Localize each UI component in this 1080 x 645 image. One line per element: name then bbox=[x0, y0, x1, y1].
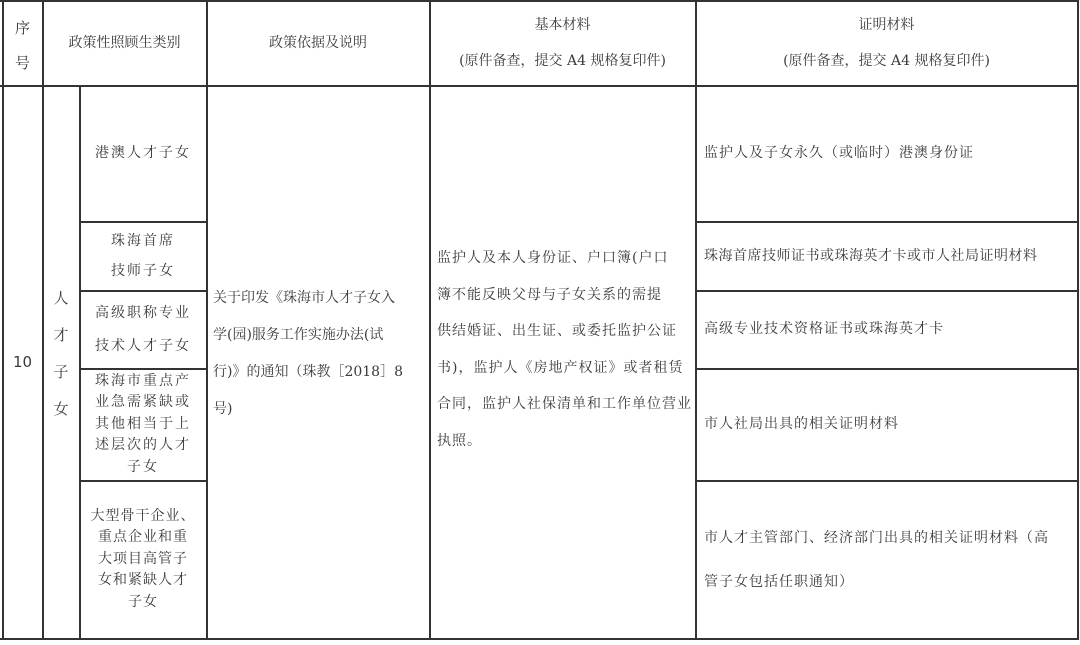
basic-materials: 监护人及本人身份证、户口簿(户口 簿不能反映父母与子女关系的需提 供结婚证、出生… bbox=[437, 240, 693, 450]
subcategory-key-industry: 珠海市重点产 业急需紧缺或 其他相当于上 述层次的人才 子女 bbox=[80, 369, 206, 480]
header-seq-char: 号 bbox=[15, 48, 30, 78]
col-divider-policy bbox=[429, 0, 431, 640]
basic-materials-line: 执照。 bbox=[437, 423, 482, 460]
subcategory-label-line: 子女 bbox=[128, 592, 158, 614]
subcategory-enterprise-executives: 大型骨干企业、 重点企业和重 大项目高管子 女和紧缺人才 子女 bbox=[80, 481, 206, 638]
subcategory-label-line: 港澳人才子女 bbox=[95, 144, 191, 163]
header-proof-subtitle: (原件备查，提交 A4 规格复印件) bbox=[783, 43, 990, 79]
group-char: 子 bbox=[53, 354, 68, 391]
proof-senior-professional: 高级专业技术资格证书或珠海英才卡 bbox=[704, 291, 1074, 368]
subcategory-senior-professional: 高级职称专业 技术人才子女 bbox=[80, 291, 206, 368]
header-category-label: 政策性照顾生类别 bbox=[69, 25, 181, 61]
policy-basis: 关于印发《珠海市人才子女入 学(园)服务工作实施办法(试 行)》的通知（珠教［2… bbox=[213, 280, 427, 420]
proof-enterprise-executives: 市人才主管部门、经济部门出具的相关证明材料（高 管子女包括任职通知） bbox=[704, 481, 1074, 638]
proof-line: 珠海首席技师证书或珠海英才卡或市人社局证明材料 bbox=[704, 247, 1038, 266]
header-policy-label: 政策依据及说明 bbox=[269, 25, 367, 61]
basic-materials-line: 供结婚证、出生证、或委托监护公证 bbox=[437, 313, 677, 350]
subcategory-label-line: 珠海市重点产 bbox=[95, 371, 191, 393]
header-basic-subtitle: (原件备查，提交 A4 规格复印件) bbox=[459, 43, 666, 79]
header-basic-title: 基本材料 bbox=[535, 7, 591, 43]
subcategory-label-line: 高级职称专业 bbox=[95, 297, 191, 330]
subcategory-label-line: 珠海首席 bbox=[111, 226, 175, 256]
table-border-right bbox=[1077, 0, 1079, 640]
proof-line: 监护人及子女永久（或临时）港澳身份证 bbox=[704, 144, 974, 163]
table-border-bottom bbox=[0, 638, 1079, 640]
col-divider-basic bbox=[695, 0, 697, 640]
policy-line: 行)》的通知（珠教［2018］8 bbox=[213, 354, 403, 391]
group-char: 女 bbox=[53, 391, 68, 428]
col-divider-category bbox=[206, 0, 208, 640]
subcategory-label-line: 其他相当于上 bbox=[95, 414, 191, 436]
basic-materials-line: 簿不能反映父母与子女关系的需提 bbox=[437, 277, 662, 314]
proof-key-industry: 市人社局出具的相关证明材料 bbox=[704, 369, 1074, 480]
row-seq: 10 bbox=[3, 86, 42, 638]
header-seq: 序 号 bbox=[3, 1, 42, 85]
policy-table: 序 号 政策性照顾生类别 政策依据及说明 基本材料 (原件备查，提交 A4 规格… bbox=[0, 0, 1080, 645]
proof-line: 市人社局出具的相关证明材料 bbox=[704, 415, 899, 434]
row-group-talent-children: 人 才 子 女 bbox=[43, 280, 79, 470]
group-char: 才 bbox=[53, 317, 68, 354]
proof-hk-macao: 监护人及子女永久（或临时）港澳身份证 bbox=[704, 86, 1074, 221]
policy-line: 关于印发《珠海市人才子女入 bbox=[213, 280, 395, 317]
policy-line: 学(园)服务工作实施办法(试 bbox=[213, 317, 383, 354]
basic-materials-line: 合同，监护人社保清单和工作单位营业 bbox=[437, 386, 692, 423]
subcategory-label-line: 技术人才子女 bbox=[95, 330, 191, 363]
group-char: 人 bbox=[53, 280, 68, 317]
header-basic-materials: 基本材料 (原件备查，提交 A4 规格复印件) bbox=[430, 1, 695, 85]
subcategory-label-line: 述层次的人才 bbox=[95, 435, 191, 457]
subcategory-chief-technician: 珠海首席 技师子女 bbox=[80, 222, 206, 290]
proof-line: 高级专业技术资格证书或珠海英才卡 bbox=[704, 320, 944, 339]
proof-chief-technician: 珠海首席技师证书或珠海英才卡或市人社局证明材料 bbox=[704, 222, 1074, 290]
subcategory-label-line: 大型骨干企业、 bbox=[91, 506, 196, 528]
proof-line: 市人才主管部门、经济部门出具的相关证明材料（高 bbox=[704, 516, 1049, 560]
header-category: 政策性照顾生类别 bbox=[43, 1, 206, 85]
row-seq-number: 10 bbox=[13, 353, 32, 372]
header-seq-char: 序 bbox=[15, 8, 30, 48]
subcategory-label-line: 大项目高管子 bbox=[98, 549, 188, 571]
header-proof-title: 证明材料 bbox=[859, 7, 915, 43]
subcategory-label-line: 女和紧缺人才 bbox=[98, 570, 188, 592]
subcategory-label-line: 技师子女 bbox=[111, 256, 175, 286]
subcategory-hk-macao: 港澳人才子女 bbox=[80, 86, 206, 221]
subcategory-label-line: 业急需紧缺或 bbox=[95, 392, 191, 414]
subcategory-label-line: 子女 bbox=[127, 457, 159, 479]
proof-line: 管子女包括任职通知） bbox=[704, 560, 854, 604]
basic-materials-line: 书)，监护人《房地产权证》或者租赁 bbox=[437, 350, 683, 387]
header-proof-materials: 证明材料 (原件备查，提交 A4 规格复印件) bbox=[696, 1, 1077, 85]
header-policy: 政策依据及说明 bbox=[207, 1, 429, 85]
policy-line: 号) bbox=[213, 391, 232, 428]
basic-materials-line: 监护人及本人身份证、户口簿(户口 bbox=[437, 240, 668, 277]
subcategory-label-line: 重点企业和重 bbox=[98, 527, 188, 549]
